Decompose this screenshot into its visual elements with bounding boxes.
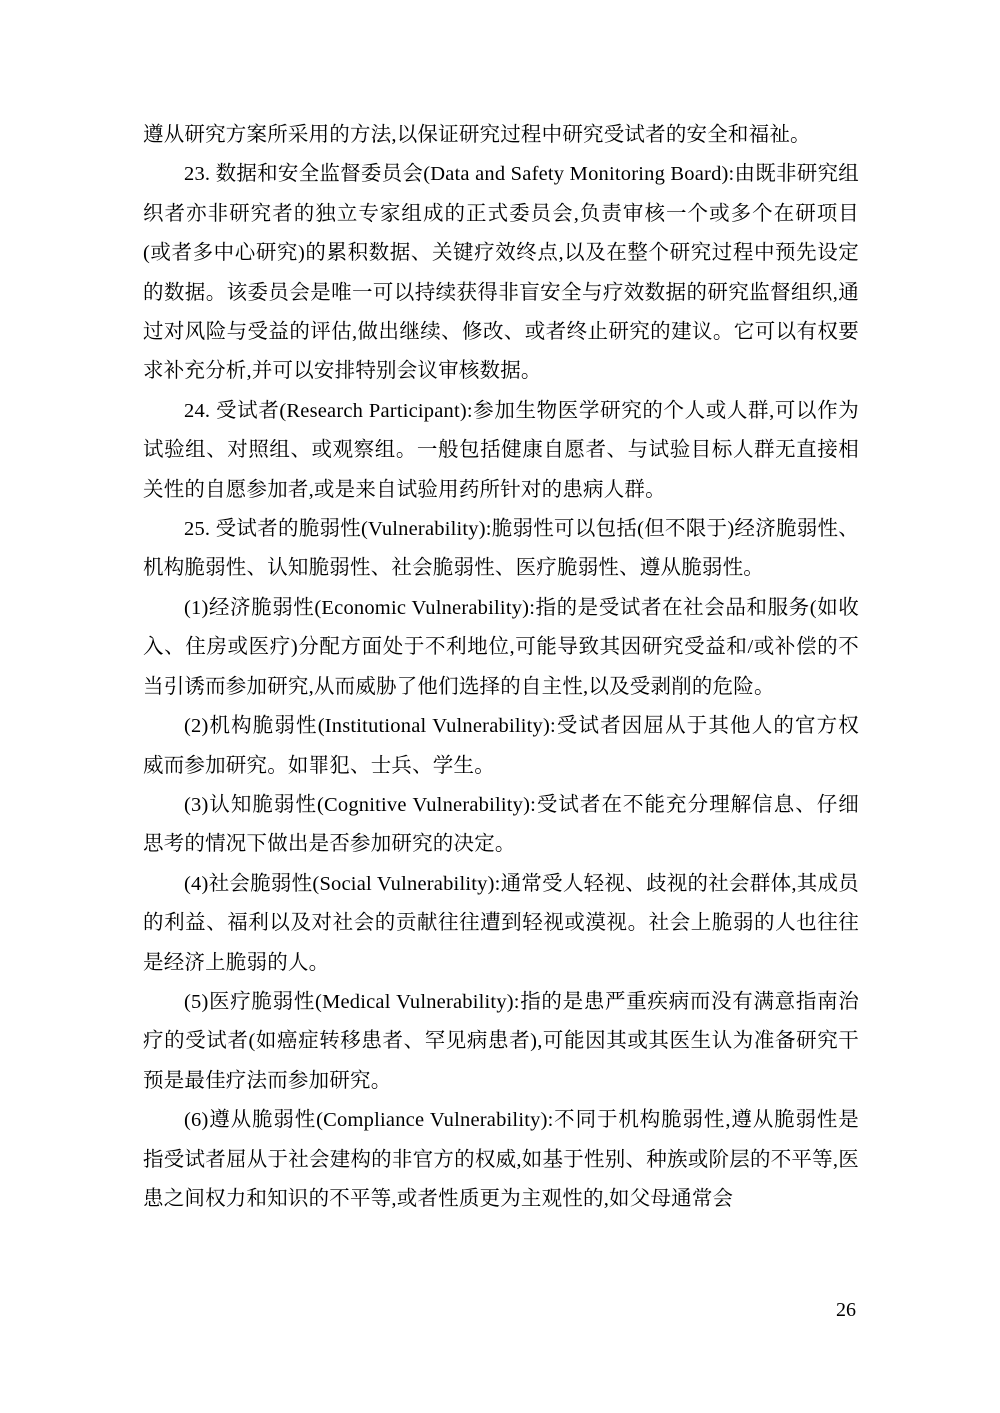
paragraph-term-25-vulnerability: 25. 受试者的脆弱性(Vulnerability):脆弱性可以包括(但不限于)… (143, 510, 859, 589)
paragraph-item-3-cognitive-vulnerability: (3)认知脆弱性(Cognitive Vulnerability):受试者在不能… (143, 786, 859, 865)
paragraph-continuation: 遵从研究方案所采用的方法,以保证研究过程中研究受试者的安全和福祉。 (143, 116, 859, 155)
document-page: 遵从研究方案所采用的方法,以保证研究过程中研究受试者的安全和福祉。 23. 数据… (0, 0, 1000, 1413)
paragraph-item-6-compliance-vulnerability: (6)遵从脆弱性(Compliance Vulnerability):不同于机构… (143, 1101, 859, 1219)
paragraph-item-4-social-vulnerability: (4)社会脆弱性(Social Vulnerability):通常受人轻视、歧视… (143, 865, 859, 983)
paragraph-term-23-data-safety-monitoring-board: 23. 数据和安全监督委员会(Data and Safety Monitorin… (143, 155, 859, 391)
paragraph-item-5-medical-vulnerability: (5)医疗脆弱性(Medical Vulnerability):指的是患严重疾病… (143, 983, 859, 1101)
paragraph-item-2-institutional-vulnerability: (2)机构脆弱性(Institutional Vulnerability):受试… (143, 707, 859, 786)
page-number: 26 (836, 1296, 856, 1324)
paragraph-item-1-economic-vulnerability: (1)经济脆弱性(Economic Vulnerability):指的是受试者在… (143, 589, 859, 707)
document-body: 遵从研究方案所采用的方法,以保证研究过程中研究受试者的安全和福祉。 23. 数据… (143, 116, 859, 1219)
paragraph-term-24-research-participant: 24. 受试者(Research Participant):参加生物医学研究的个… (143, 392, 859, 510)
